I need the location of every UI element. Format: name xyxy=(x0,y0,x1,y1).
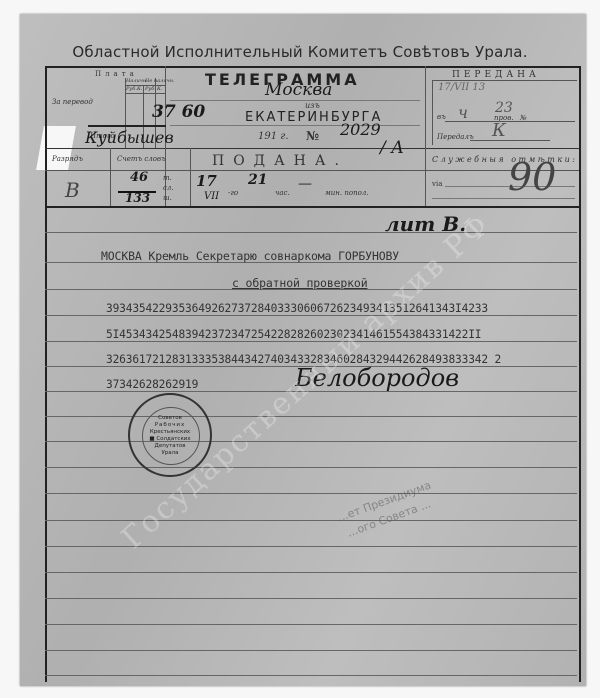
operator-initial: К xyxy=(492,120,506,141)
divider-schet xyxy=(190,148,191,206)
divider-razryad xyxy=(110,148,111,206)
origin-prefix: изъ xyxy=(305,101,320,110)
transmitted-hour: ч xyxy=(458,103,468,122)
cipher-line: 37342628262919 xyxy=(106,378,198,391)
transmitted-box-left xyxy=(432,80,433,145)
submitted-minute: — xyxy=(298,176,312,192)
body-rule xyxy=(45,315,577,316)
date-suffix: -го xyxy=(228,189,238,197)
seal-text: Советов xyxy=(130,415,210,422)
peredal-line xyxy=(470,140,550,141)
divider-row2-header xyxy=(45,170,579,171)
body-rule xyxy=(45,441,577,442)
destination-handwritten: Москва xyxy=(265,80,332,100)
body-rule xyxy=(45,467,577,468)
schet-sub-label: сл. xyxy=(163,184,174,192)
seal-text: Депутатов xyxy=(130,443,210,450)
divider-service xyxy=(425,148,426,206)
frame-top-border xyxy=(45,66,579,68)
transmitted-title: ПЕРЕДАНА xyxy=(452,70,540,80)
podana-title: ПОДАНА. xyxy=(212,153,348,169)
submitted-hour: 21 xyxy=(248,172,267,188)
schet-sub-label: т. xyxy=(163,174,172,182)
body-rule xyxy=(45,572,577,573)
body-rule xyxy=(45,416,577,417)
word-count-bottom: 133 xyxy=(125,191,150,205)
rub-header: Руб. xyxy=(145,86,156,92)
divider-top-section xyxy=(45,148,579,149)
seal-text: ■ Солдатских xyxy=(130,436,210,443)
divider-body-start xyxy=(45,206,579,208)
year-label: 191 г. xyxy=(258,131,289,142)
body-rule xyxy=(45,598,577,599)
cipher-line: 5I45343425483942372347254228282602302341… xyxy=(106,328,481,341)
hour-label: час. xyxy=(275,189,290,197)
body-rule xyxy=(45,675,577,676)
seal-text: Рабочих xyxy=(130,422,210,429)
payment-section-label: Плата xyxy=(95,70,138,78)
kop-header: К. xyxy=(137,86,142,92)
rub-header: Руб. xyxy=(126,86,137,92)
razryad-label: Разрядъ xyxy=(52,155,83,163)
address-line: МОСКВА Кремль Секретарю совнаркома ГОРБУ… xyxy=(101,249,399,263)
schet-sub-label: ш. xyxy=(163,194,172,202)
number-symbol: № xyxy=(306,129,319,143)
za-perevod-label: За перевод xyxy=(52,98,93,106)
form-line xyxy=(170,125,420,126)
transmitted-line xyxy=(445,121,575,122)
word-count-top: 46 xyxy=(130,170,148,185)
payment-subheader-line xyxy=(125,93,165,94)
transmitted-line xyxy=(432,80,577,81)
transmitted-date: 17/VII 13 xyxy=(438,82,485,93)
kop-header: К. xyxy=(157,86,162,92)
number-suffix: / А xyxy=(380,138,404,158)
noncash-header: Не наличн. xyxy=(145,78,175,84)
razryad-value: В xyxy=(65,178,80,202)
issuer-header: Областной Исполнительный Комитетъ Совѣто… xyxy=(0,43,600,61)
seal-text: Крестьянских xyxy=(130,429,210,436)
body-rule xyxy=(45,493,577,494)
submitted-month: VII xyxy=(204,191,219,202)
cipher-line: 3934354229353649262737284033306067262349… xyxy=(106,302,488,315)
clerk-signature: Куйбышев xyxy=(85,128,174,147)
amount-handwritten: 37 60 xyxy=(152,102,205,122)
submitted-day: 17 xyxy=(196,172,217,190)
v-label: въ xyxy=(437,113,446,121)
divider-right-block xyxy=(425,66,426,148)
body-rule xyxy=(45,650,577,651)
verification-line: с обратной проверкой xyxy=(232,276,367,290)
word-count-label: Счетъ словъ xyxy=(117,155,166,163)
form-line xyxy=(170,100,420,101)
body-rule xyxy=(45,546,577,547)
minute-label: мин. попол. xyxy=(325,189,369,197)
itogo-line xyxy=(88,125,166,127)
via-label: via xyxy=(432,180,442,188)
service-mark-handwritten: 90 xyxy=(508,155,556,199)
peredal-label: Передалъ xyxy=(437,133,474,141)
telegram-number: 2029 xyxy=(340,120,381,139)
body-rule xyxy=(45,624,577,625)
body-rule xyxy=(45,341,577,342)
